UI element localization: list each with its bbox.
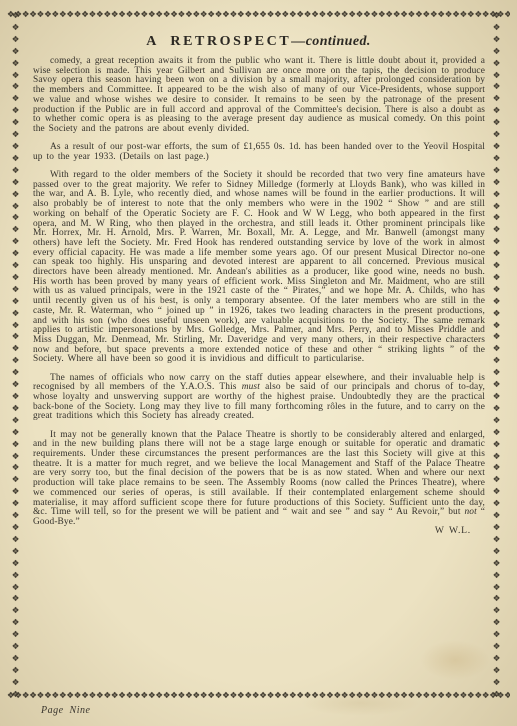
italic-text: must	[242, 382, 260, 392]
author-initials: W W.L.	[33, 526, 485, 536]
page-title-main: A RETROSPECT	[146, 34, 291, 49]
italic-text: not	[464, 507, 476, 517]
page-title: A RETROSPECT—continued.	[0, 34, 517, 50]
ornament-border-bottom-icon: ❖❖❖❖❖❖❖❖❖❖❖❖❖❖❖❖❖❖❖❖❖❖❖❖❖❖❖❖❖❖❖❖❖❖❖❖❖❖❖❖…	[7, 691, 510, 702]
paper-stain	[420, 640, 490, 680]
body-text: With regard to the older members of the …	[33, 170, 485, 364]
paragraph: The names of officials who now carry on …	[33, 374, 485, 423]
ornament-border-top-icon: ❖❖❖❖❖❖❖❖❖❖❖❖❖❖❖❖❖❖❖❖❖❖❖❖❖❖❖❖❖❖❖❖❖❖❖❖❖❖❖❖…	[7, 10, 510, 21]
paragraph: It may not be generally known that the P…	[33, 431, 485, 528]
article-body: comedy, a great reception awaits it from…	[33, 57, 485, 536]
paragraph: As a result of our post-war efforts, the…	[33, 143, 485, 162]
page-title-continued: —continued.	[291, 34, 370, 49]
scanned-page: ❖❖❖❖❖❖❖❖❖❖❖❖❖❖❖❖❖❖❖❖❖❖❖❖❖❖❖❖❖❖❖❖❖❖❖❖❖❖❖❖…	[0, 0, 517, 726]
body-text: As a result of our post-war efforts, the…	[33, 142, 485, 162]
page-number: Page Nine	[41, 705, 90, 716]
body-text: comedy, a great reception awaits it from…	[33, 56, 485, 134]
paragraph: comedy, a great reception awaits it from…	[33, 57, 485, 135]
paragraph: With regard to the older members of the …	[33, 171, 485, 365]
ornament-border-right-icon: ❖ ❖ ❖ ❖ ❖ ❖ ❖ ❖ ❖ ❖ ❖ ❖ ❖ ❖ ❖ ❖ ❖ ❖ ❖ ❖ …	[491, 11, 502, 702]
ornament-border-left-icon: ❖ ❖ ❖ ❖ ❖ ❖ ❖ ❖ ❖ ❖ ❖ ❖ ❖ ❖ ❖ ❖ ❖ ❖ ❖ ❖ …	[10, 11, 21, 702]
body-text: It may not be generally known that the P…	[33, 430, 485, 518]
